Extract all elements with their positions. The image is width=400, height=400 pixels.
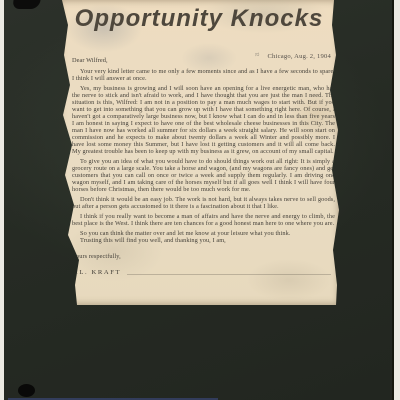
- page-title: Opportunity Knocks: [59, 5, 339, 33]
- hole-punch: [18, 384, 35, 397]
- paragraph: I think if you really want to become a m…: [72, 213, 335, 227]
- signature-row: J.L. KRAFT: [72, 269, 335, 276]
- binding-notch: [12, 0, 40, 9]
- letter-body: Dear Wilfred, Your very kind letter came…: [72, 57, 335, 276]
- paragraph: Trusting this will find you well, and th…: [72, 237, 335, 244]
- signature-rule: [127, 274, 331, 275]
- paragraph: Yes, my business is growing and I will s…: [72, 85, 335, 155]
- paragraph: Your very kind letter came to me only a …: [72, 68, 335, 82]
- paragraph: Don't think it would be an easy job. The…: [72, 196, 335, 210]
- scrapbook-scan: { "document": { "title": "Opportunity Kn…: [0, 0, 400, 400]
- letter-clipping: Opportunity Knocks ≈ Chicago, Aug. 2, 19…: [59, 0, 339, 305]
- paragraph: So you can think the matter over and let…: [72, 230, 335, 237]
- album-page: Opportunity Knocks ≈ Chicago, Aug. 2, 19…: [4, 0, 394, 400]
- salutation: Dear Wilfred,: [72, 57, 335, 64]
- paragraph: To give you an idea of what you would ha…: [72, 158, 335, 193]
- signature: J.L. KRAFT: [72, 269, 121, 276]
- closing: Yours respectfully,: [72, 253, 335, 260]
